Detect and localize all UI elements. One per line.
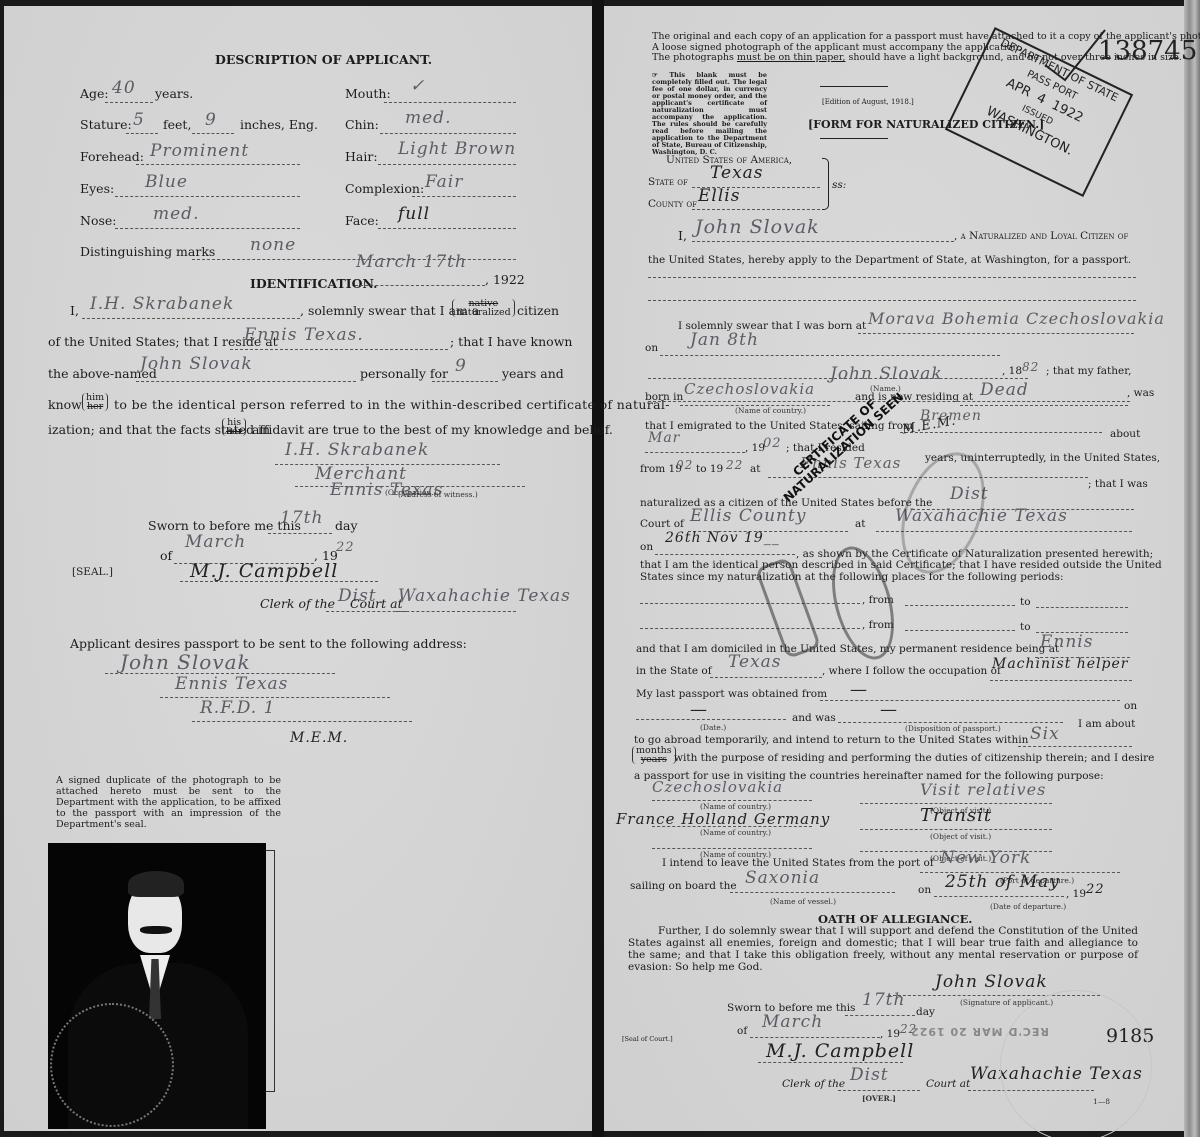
identification-date: March 17th xyxy=(356,252,467,272)
departure-date: 25th of May xyxy=(945,872,1060,892)
apply-i-label: I, xyxy=(678,228,687,243)
sworn-text: Sworn to before me this xyxy=(148,518,301,533)
outside-place-line-1 xyxy=(640,603,860,604)
abroad-text: to go abroad temporarily, and intend to … xyxy=(634,734,1028,746)
forehead-label: Forehead: xyxy=(80,149,144,164)
port-value: New York xyxy=(940,848,1031,868)
marks-line xyxy=(192,259,516,260)
born-date-line xyxy=(660,355,1000,356)
day-text: day xyxy=(335,518,358,533)
mailing-rfd: R.F.D. 1 xyxy=(200,698,275,718)
sailing-text: sailing on board the xyxy=(630,880,737,892)
know-text: know xyxy=(48,397,82,412)
apply-name: John Slovak xyxy=(695,216,820,238)
object-of-visit: Visit relatives xyxy=(920,780,1046,799)
residence-city: Ennis xyxy=(1040,632,1093,652)
photo-note: A signed duplicate of the photograph to … xyxy=(56,775,281,830)
right-day-text: day xyxy=(916,1006,935,1018)
departure-year: 22 xyxy=(1086,882,1105,897)
forehead-line xyxy=(136,164,300,165)
was-text: , was xyxy=(1127,387,1154,399)
date-caption: (Date.) xyxy=(700,723,726,732)
right-court-type-line xyxy=(838,1090,920,1091)
blank-notice: ☞ This blank must be completely filled o… xyxy=(652,72,767,156)
about-text: about xyxy=(1110,428,1140,440)
inches-label: inches, Eng. xyxy=(240,117,318,132)
resided-at-text: at xyxy=(750,463,760,475)
affidavit-text: affidavit are true to the best of my kno… xyxy=(252,422,613,437)
ss-label: ss: xyxy=(832,179,846,191)
complexion-label: Complexion: xyxy=(345,181,424,196)
venue-brace xyxy=(822,158,829,210)
right-of-text: of xyxy=(737,1025,747,1037)
born-year-prefix: , 18 xyxy=(1002,365,1022,377)
disposition-caption: (Disposition of passport.) xyxy=(905,724,1001,733)
clerk-of-text: Clerk of the xyxy=(260,596,335,611)
native-naturalized-brace: nativenaturalized xyxy=(452,297,515,317)
right-sworn-month: March xyxy=(762,1012,823,1032)
last-passport-date-line xyxy=(636,719,786,720)
portrait-moustache xyxy=(140,926,172,934)
oath-title: OATH OF ALLEGIANCE. xyxy=(818,912,972,926)
eyes-label: Eyes: xyxy=(80,181,114,196)
court-type-line xyxy=(326,611,406,612)
about-to-text: I am about xyxy=(1078,718,1135,730)
reside-line xyxy=(230,349,448,350)
vessel-value: Saxonia xyxy=(745,868,820,888)
right-clerk-signature-line xyxy=(758,1062,903,1063)
right-sworn-day-line xyxy=(845,1015,915,1016)
sworn-year: 22 xyxy=(336,540,355,555)
object-caption: (Object of visit.) xyxy=(930,832,991,841)
oath-text: Further, I do solemnly swear that I will… xyxy=(628,925,1138,973)
naturalization-date: 26th Nov 19__ xyxy=(665,530,780,546)
occupation-line xyxy=(990,680,1132,681)
county-label: County of xyxy=(648,198,697,210)
nose-value: med. xyxy=(153,204,199,224)
country-name: Czechoslovakia xyxy=(652,778,783,796)
vessel-caption: (Name of vessel.) xyxy=(770,897,836,906)
applicant-photograph xyxy=(48,843,266,1129)
age-label: Age: xyxy=(80,86,109,101)
him-her-brace: himher xyxy=(82,391,108,411)
emigrated-year: 02 xyxy=(763,436,782,451)
i-label: I, xyxy=(70,303,79,318)
embossed-court-seal xyxy=(1000,990,1152,1137)
country-caption: (Name of country.) xyxy=(700,828,771,837)
on4-text: on xyxy=(918,884,931,896)
sworn-day-line xyxy=(268,533,332,534)
right-sworn-day: 17th xyxy=(862,990,905,1010)
naturalization-court-at: at xyxy=(855,518,865,530)
hair-line xyxy=(378,164,516,165)
face-label: Face: xyxy=(345,213,379,228)
emigrated-month: Mar xyxy=(648,430,680,446)
years-known-line xyxy=(432,381,498,382)
identification-title: IDENTIFICATION. xyxy=(250,276,378,291)
on-text: on xyxy=(645,342,658,354)
personally-text: personally for xyxy=(360,366,448,381)
blank-line-1 xyxy=(648,277,1136,278)
departure-year-prefix: , 19 xyxy=(1066,888,1086,900)
marks-label: Distinguishing marks xyxy=(80,244,215,259)
outside-from-line-2 xyxy=(905,630,1015,631)
forehead-value: Prominent xyxy=(150,141,249,161)
father-residence-line xyxy=(960,405,1128,406)
born-year: 82 xyxy=(1022,360,1039,374)
stature-label: Stature: xyxy=(80,117,132,132)
embossed-seal-dots xyxy=(50,1003,174,1127)
seal-of-court-label: [Seal of Court.] xyxy=(622,1035,673,1043)
hair-label: Hair: xyxy=(345,149,378,164)
last-passport-line xyxy=(820,700,1120,701)
county-line xyxy=(692,209,820,210)
on3-text: on xyxy=(1124,700,1137,712)
and-was-text: and was xyxy=(792,712,836,724)
months-years-brace: monthsyears xyxy=(632,744,676,764)
nose-label: Nose: xyxy=(80,213,117,228)
apply-text: the United States, hereby apply to the D… xyxy=(648,254,1131,266)
court-of-text: Court of xyxy=(640,518,684,530)
naturalization-date-line xyxy=(655,554,795,555)
departure-date-line xyxy=(934,896,1064,897)
naturalized-option: naturalized xyxy=(456,307,511,318)
court-county: Ellis County xyxy=(690,506,806,526)
mailing-name: John Slovak xyxy=(120,650,251,674)
stature-feet-line xyxy=(126,133,158,134)
reside-value: Ennis Texas. xyxy=(244,325,364,345)
identical-text: to be the identical person referred to i… xyxy=(114,397,670,412)
complexion-value: Fair xyxy=(425,172,463,192)
mouth-value: ✓ xyxy=(410,76,425,96)
witness-name: I.H. Skrabanek xyxy=(90,294,234,314)
father-text: ; that my father, xyxy=(1046,365,1131,377)
years-option: years xyxy=(641,754,667,765)
county-value: Ellis xyxy=(698,186,740,206)
header-rule-top xyxy=(820,86,888,87)
right-court-at-text: Court at xyxy=(926,1078,970,1090)
mailing-label: Applicant desires passport to be sent to… xyxy=(70,636,467,651)
witness-signature: I.H. Skrabanek xyxy=(285,440,429,460)
last-passport-text: My last passport was obtained from xyxy=(636,688,827,700)
book-gutter xyxy=(592,0,604,1137)
date-line xyxy=(355,285,485,286)
on2-text: on xyxy=(640,541,653,553)
last-passport-value: — xyxy=(850,680,868,700)
to-label-2: to xyxy=(1020,621,1031,633)
emigrated-month-line xyxy=(645,452,745,453)
country-caption: (Name of country.) xyxy=(735,406,806,415)
state-value: Texas xyxy=(710,163,764,183)
to-year-text: to 19 xyxy=(696,463,723,475)
outside-place-line-2 xyxy=(640,628,860,629)
stature-feet-value: 5 xyxy=(133,110,145,130)
from-year: 02 xyxy=(676,458,693,472)
mailing-line-3 xyxy=(192,721,412,722)
outside-to-line-1 xyxy=(1036,607,1128,608)
chin-value: med. xyxy=(405,108,451,128)
occupation-value: Machinist helper xyxy=(992,656,1129,672)
eyes-line xyxy=(115,196,300,197)
state-label: State of xyxy=(648,176,688,188)
marks-value: none xyxy=(250,235,296,255)
address-caption: (Address of witness.) xyxy=(398,490,478,499)
application-number: 138745 xyxy=(1098,36,1197,66)
sworn-month: March xyxy=(185,532,246,552)
sworn-day: 17th xyxy=(280,508,323,528)
father-name: John Slovak xyxy=(830,364,943,384)
mailing-city: Ennis Texas xyxy=(175,674,288,694)
outside-from-line-1 xyxy=(905,605,1015,606)
born-date: Jan 8th xyxy=(690,330,759,350)
disposition-value: — xyxy=(880,700,898,720)
eyes-value: Blue xyxy=(145,172,188,192)
her-option-2: her xyxy=(226,426,242,437)
residence-state-line xyxy=(710,677,822,678)
her-option: her xyxy=(87,401,103,412)
born-place-line xyxy=(858,333,1134,334)
state-of-text: in the State of xyxy=(636,665,712,677)
years-and-text: years and xyxy=(502,366,564,381)
to-year: 22 xyxy=(726,458,743,472)
father-country: Czechoslovakia xyxy=(684,380,815,398)
vessel-line xyxy=(730,892,895,893)
years-known-value: 9 xyxy=(455,356,467,376)
departure-caption: (Date of departure.) xyxy=(990,902,1066,911)
occupation-text: , where I follow the occupation of xyxy=(822,665,1001,677)
born-place: Morava Bohemia Czechoslovakia xyxy=(868,309,1165,328)
stature-inches-value: 9 xyxy=(205,110,217,130)
mailing-initials: M.E.M. xyxy=(290,730,348,746)
known-text: ; that I have known xyxy=(450,334,572,349)
right-sworn-month-line xyxy=(750,1037,880,1038)
header-rule-bottom xyxy=(820,138,888,139)
country-name: France Holland Germany xyxy=(616,810,830,828)
disposition-line xyxy=(838,722,1063,723)
born-in-text: born in xyxy=(645,391,683,403)
naturalized-text: ; that I was xyxy=(1088,478,1148,490)
mouth-label: Mouth: xyxy=(345,86,391,101)
court-at-text: Court at xyxy=(350,596,403,611)
edition-label: [Edition of August, 1918.] xyxy=(822,98,914,106)
over-label: [OVER.] xyxy=(862,1094,896,1103)
right-clerk-signature: M.J. Campbell xyxy=(766,1040,914,1062)
applicant-name: John Slovak xyxy=(140,354,253,374)
age-field-line xyxy=(105,102,153,103)
his-her-brace: hisher xyxy=(222,416,246,436)
mouth-line xyxy=(384,102,516,103)
return-within-line xyxy=(1018,746,1132,747)
page-edges xyxy=(1184,0,1200,1137)
chin-line xyxy=(380,133,516,134)
court-location: Waxahachie Texas xyxy=(398,586,571,606)
age-value: 40 xyxy=(112,78,136,98)
court-location-line xyxy=(396,611,516,612)
complexion-line xyxy=(412,196,516,197)
naturalized-citizen-text: , a Naturalized and Loyal Citizen of xyxy=(954,230,1128,242)
father-residence: Dead xyxy=(980,380,1029,400)
age-unit: years. xyxy=(155,86,193,101)
to-label-1: to xyxy=(1020,596,1031,608)
applicant-signature: John Slovak xyxy=(935,972,1048,992)
identification-year: , 1922 xyxy=(485,272,525,287)
right-sworn-year-prefix: , 19 xyxy=(880,1028,900,1040)
blank-line-2 xyxy=(648,300,1136,301)
witness-name-line xyxy=(82,318,300,319)
clerk-signature: M.J. Campbell xyxy=(190,560,338,582)
right-court-type: Dist xyxy=(850,1065,889,1085)
last-passport-date: — xyxy=(690,700,708,720)
chin-label: Chin: xyxy=(345,117,379,132)
stature-inches-line xyxy=(192,133,234,134)
face-value: full xyxy=(398,204,430,224)
object-of-visit: Transit xyxy=(920,805,992,826)
description-title: DESCRIPTION OF APPLICANT. xyxy=(215,52,432,67)
domiciled-text: and that I am domiciled in the United St… xyxy=(636,643,1059,655)
feet-label: feet, xyxy=(163,117,191,132)
residence-state: Texas xyxy=(728,652,782,672)
right-clerk-of-text: Clerk of the xyxy=(782,1078,845,1090)
identical-person-text: that I am the identical person described… xyxy=(640,559,1162,571)
portrait-hair xyxy=(128,871,184,897)
citizen-text: citizen xyxy=(517,303,559,318)
nose-line xyxy=(115,228,300,229)
face-line xyxy=(378,228,516,229)
applicant-name-line xyxy=(136,381,356,382)
apply-name-line xyxy=(692,241,954,242)
seal-label: [SEAL.] xyxy=(72,566,113,578)
of-text: of xyxy=(160,548,172,563)
hair-value: Light Brown xyxy=(398,139,516,159)
purpose-text: with the purpose of residing and perform… xyxy=(674,752,1154,764)
return-within: Six xyxy=(1030,724,1060,744)
